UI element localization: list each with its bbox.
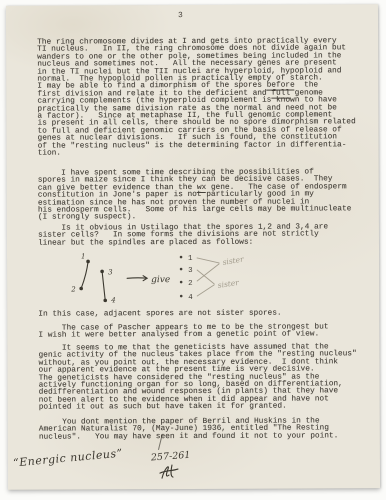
spindle-line-3-4	[102, 271, 105, 300]
handwritten-energic-nucleus-note: “Energic nucleus”	[13, 447, 124, 470]
column-label-3: 3	[188, 267, 193, 275]
pencil-line-3-to-sister	[197, 270, 214, 284]
spore-dot-4	[103, 299, 107, 303]
column-dot-3	[180, 268, 183, 271]
spore-dot-3	[100, 270, 104, 274]
column-dot-1	[180, 256, 183, 259]
paragraph-pascher: The case of Pascher appears to me to be …	[38, 324, 374, 340]
spindle-diagram: 1 2 3 4 give 1 3 2 4 sister sister	[47, 250, 283, 315]
arrow-word: give	[151, 275, 170, 285]
column-dot-4	[180, 295, 183, 298]
spindle-label-2: 2	[70, 286, 76, 294]
column-label-2: 2	[188, 280, 193, 288]
pencil-line-1-to-sister	[197, 258, 219, 263]
spindle-label-1: 1	[81, 252, 86, 260]
spindle-line-1-2	[81, 261, 88, 288]
column-label-4: 4	[188, 294, 193, 302]
spindle-label-4: 4	[110, 296, 116, 304]
pencil-line-4-to-sister	[197, 285, 214, 296]
page-number: 3	[178, 11, 183, 20]
spindle-label-3: 3	[108, 268, 113, 276]
paragraph-ustilago: Is it obvious in Ustilago that the spore…	[38, 224, 374, 248]
sister-label-bottom: sister	[217, 278, 240, 290]
paragraph-ring-chromosome: The ring chromosome divides at I and get…	[37, 38, 374, 158]
arrow-icon	[127, 276, 147, 281]
initials-scribble	[157, 463, 183, 481]
spore-dot-2	[79, 287, 83, 291]
paragraph-berril-huskins: You dont mention the paper of Berril and…	[39, 418, 375, 442]
column-label-1: 1	[188, 255, 193, 263]
handwritten-page-range: 257-261	[151, 450, 191, 464]
sister-label-top: sister	[222, 254, 245, 266]
scanned-letter-page: { "page": { "page_number": "3", "paper_c…	[0, 0, 386, 500]
paragraph-spores-maize: I have spent some time describing the po…	[38, 169, 374, 222]
spore-dot-1	[86, 260, 90, 264]
paragraph-geneticists: It seems to me that the geneticists have…	[38, 344, 374, 412]
column-dot-2	[180, 281, 183, 284]
letter-paper-sheet: 3 The ring chromosome divides at I and g…	[6, 4, 380, 490]
